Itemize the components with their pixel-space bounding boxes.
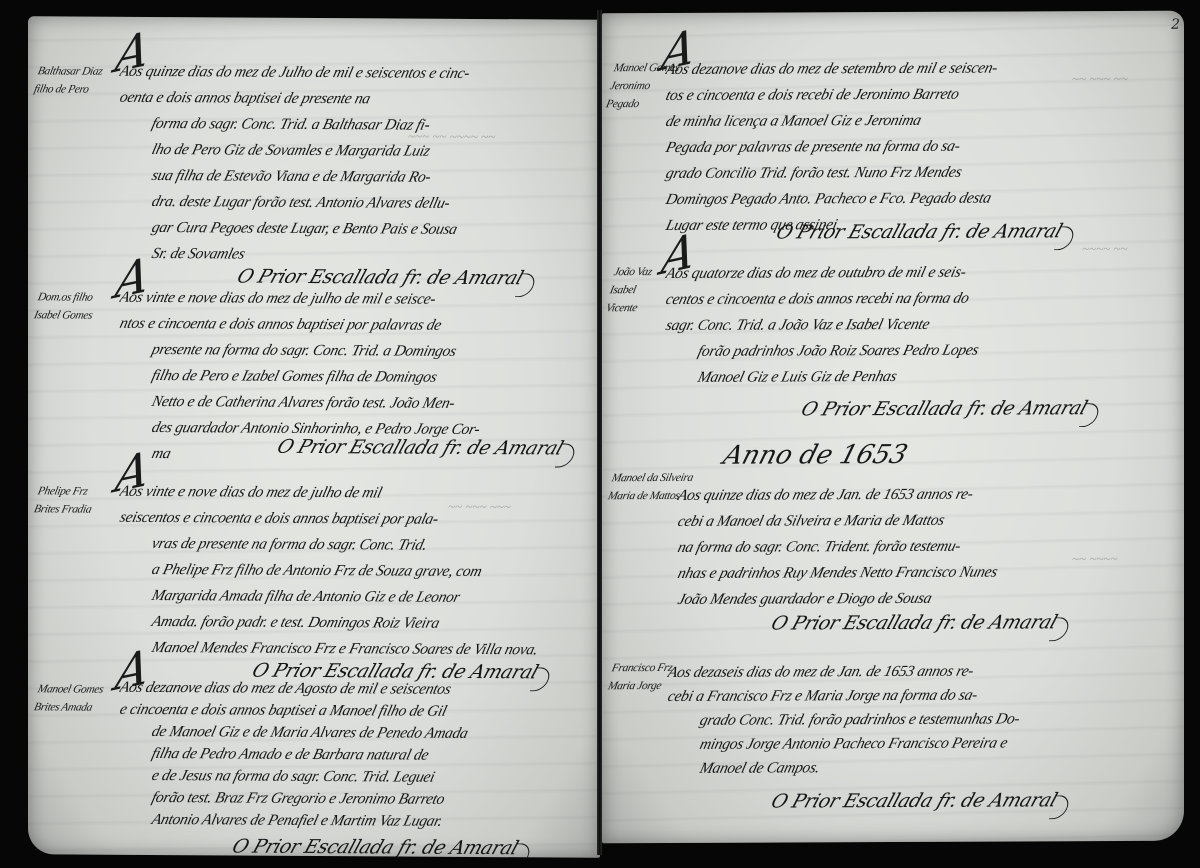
register-entry: Phelipe Frz Brites Fradia A Aos vinte e … <box>28 478 600 481</box>
left-page: ~~~ ~~ ~~~~ ~~ ~~ ~~~ ~~~ Balthasar Diaz… <box>28 16 600 857</box>
entry-text: Aos quinze dias do mez de Jan. de 1653 a… <box>678 481 1162 613</box>
priest-signature: O Prior Escallada fr. de Amaral <box>229 836 520 858</box>
bleedthrough-text: ~~~~ ~~ <box>1080 241 1129 257</box>
entry-text: A Aos vinte e nove dias do mez de julho … <box>120 479 578 664</box>
priest-signature: O Prior Escallada fr. de Amaral <box>768 611 1059 634</box>
entry-text: A Aos quatorze dias do mez de outubro de… <box>666 259 1162 391</box>
entry-text: A Aos dezanove dias do mez de setembro d… <box>666 55 1162 239</box>
entry-text: A Aos quinze dias do mez de Julho de mil… <box>120 59 578 270</box>
priest-signature: O Prior Escallada fr. de Amaral <box>274 436 565 460</box>
priest-signature: O Prior Escallada fr. de Amaral <box>773 220 1064 243</box>
entry-text: A Aos dezanove dias do mez de Agosto de … <box>120 677 578 834</box>
scanned-register-spread: ~~~ ~~ ~~~~ ~~ ~~ ~~~ ~~~ Balthasar Diaz… <box>0 0 1200 868</box>
register-entry: Francisco Frz Maria Jorge Aos dezaseis d… <box>602 659 1184 662</box>
entry-text: Aos dezaseis dias do mez de Jan. de 1653… <box>668 659 1162 781</box>
priest-signature: O Prior Escallada fr. de Amaral <box>768 789 1059 812</box>
folio-number: 2 <box>1171 17 1180 33</box>
register-entry: Balthasar Diaz filho de Pero A Aos quinz… <box>28 58 600 61</box>
year-heading: Anno de 1653 <box>720 440 911 471</box>
register-entry: Manoel Gomes Jeronimo Pegado A Aos dezan… <box>602 55 1184 58</box>
register-entry: João Vaz Isabel Vicente A Aos quatorze d… <box>602 259 1184 262</box>
register-entry: Manoel da Silveira Maria de Mattos Aos q… <box>602 481 1184 484</box>
priest-signature: O Prior Escallada fr. de Amaral <box>798 397 1089 420</box>
right-page: 2 ~~ ~~~ ~~ ~~~~ ~~ ~~ ~~~~ Manoel Gomes… <box>602 11 1184 844</box>
